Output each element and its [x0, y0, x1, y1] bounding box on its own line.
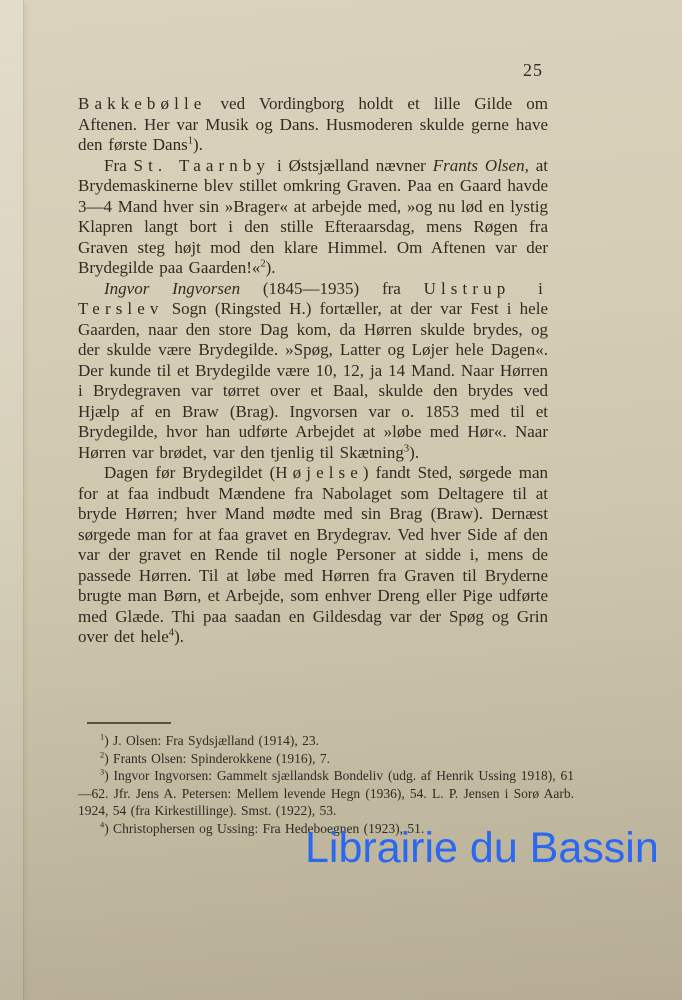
body-text-block: Bakkebølle ved Vordingborg holdt et lill…	[78, 94, 548, 648]
text-segment: Frants Olsen,	[433, 156, 529, 175]
text-segment: Højelse	[275, 463, 363, 482]
footnote-area: 1) J. Olsen: Fra Sydsjælland (1914), 23.…	[78, 722, 574, 837]
footnote: 2) Frants Olsen: Spinderokkene (1916), 7…	[78, 750, 574, 768]
text-segment: Bakkebølle	[78, 94, 206, 113]
footnote-separator	[87, 722, 171, 724]
text-segment: ).	[266, 258, 276, 277]
paragraph: Dagen før Brydegildet (Højelse) fandt St…	[78, 463, 548, 648]
paragraph: Ingvor Ingvorsen (1845—1935) fra Ulstrup…	[78, 279, 548, 464]
book-page: 25 Bakkebølle ved Vordingborg holdt et l…	[0, 0, 682, 1000]
footnotes: 1) J. Olsen: Fra Sydsjælland (1914), 23.…	[78, 732, 574, 837]
page-number: 25	[523, 60, 543, 81]
paragraph: Bakkebølle ved Vordingborg holdt et lill…	[78, 94, 548, 156]
footnote: 1) J. Olsen: Fra Sydsjælland (1914), 23.	[78, 732, 574, 750]
paragraph: Fra St. Taarnby i Østsjælland nævner Fra…	[78, 156, 548, 279]
text-segment: Ingvor Ingvorsen	[104, 279, 240, 298]
footnote: 3) Ingvor Ingvorsen: Gammelt sjællandsk …	[78, 767, 574, 820]
text-segment: ) J. Olsen: Fra Sydsjælland (1914), 23.	[104, 733, 319, 748]
text-segment: St. Taarnby	[134, 156, 271, 175]
text-segment: (1845—1935) fra	[240, 279, 424, 298]
text-segment: Sogn (Ringsted H.) fortæller, at der var…	[78, 299, 548, 462]
page-edge-shading	[0, 0, 24, 1000]
text-segment: ) Frants Olsen: Spinderokkene (1916), 7.	[104, 751, 330, 766]
watermark-text: Librairie du Bassin	[305, 824, 659, 873]
text-segment: Fra	[104, 156, 134, 175]
text-segment: ) fandt Sted, sørgede man for at faa ind…	[78, 463, 548, 646]
paragraphs: Bakkebølle ved Vordingborg holdt et lill…	[78, 94, 548, 648]
text-segment: ).	[193, 135, 203, 154]
text-segment: i Østsjælland nævner	[270, 156, 433, 175]
text-segment: ).	[409, 443, 419, 462]
text-segment: ) Ingvor Ingvorsen: Gammelt sjællandsk B…	[78, 768, 574, 818]
text-segment: ).	[174, 627, 184, 646]
text-segment: Dagen før Brydegildet (	[104, 463, 275, 482]
